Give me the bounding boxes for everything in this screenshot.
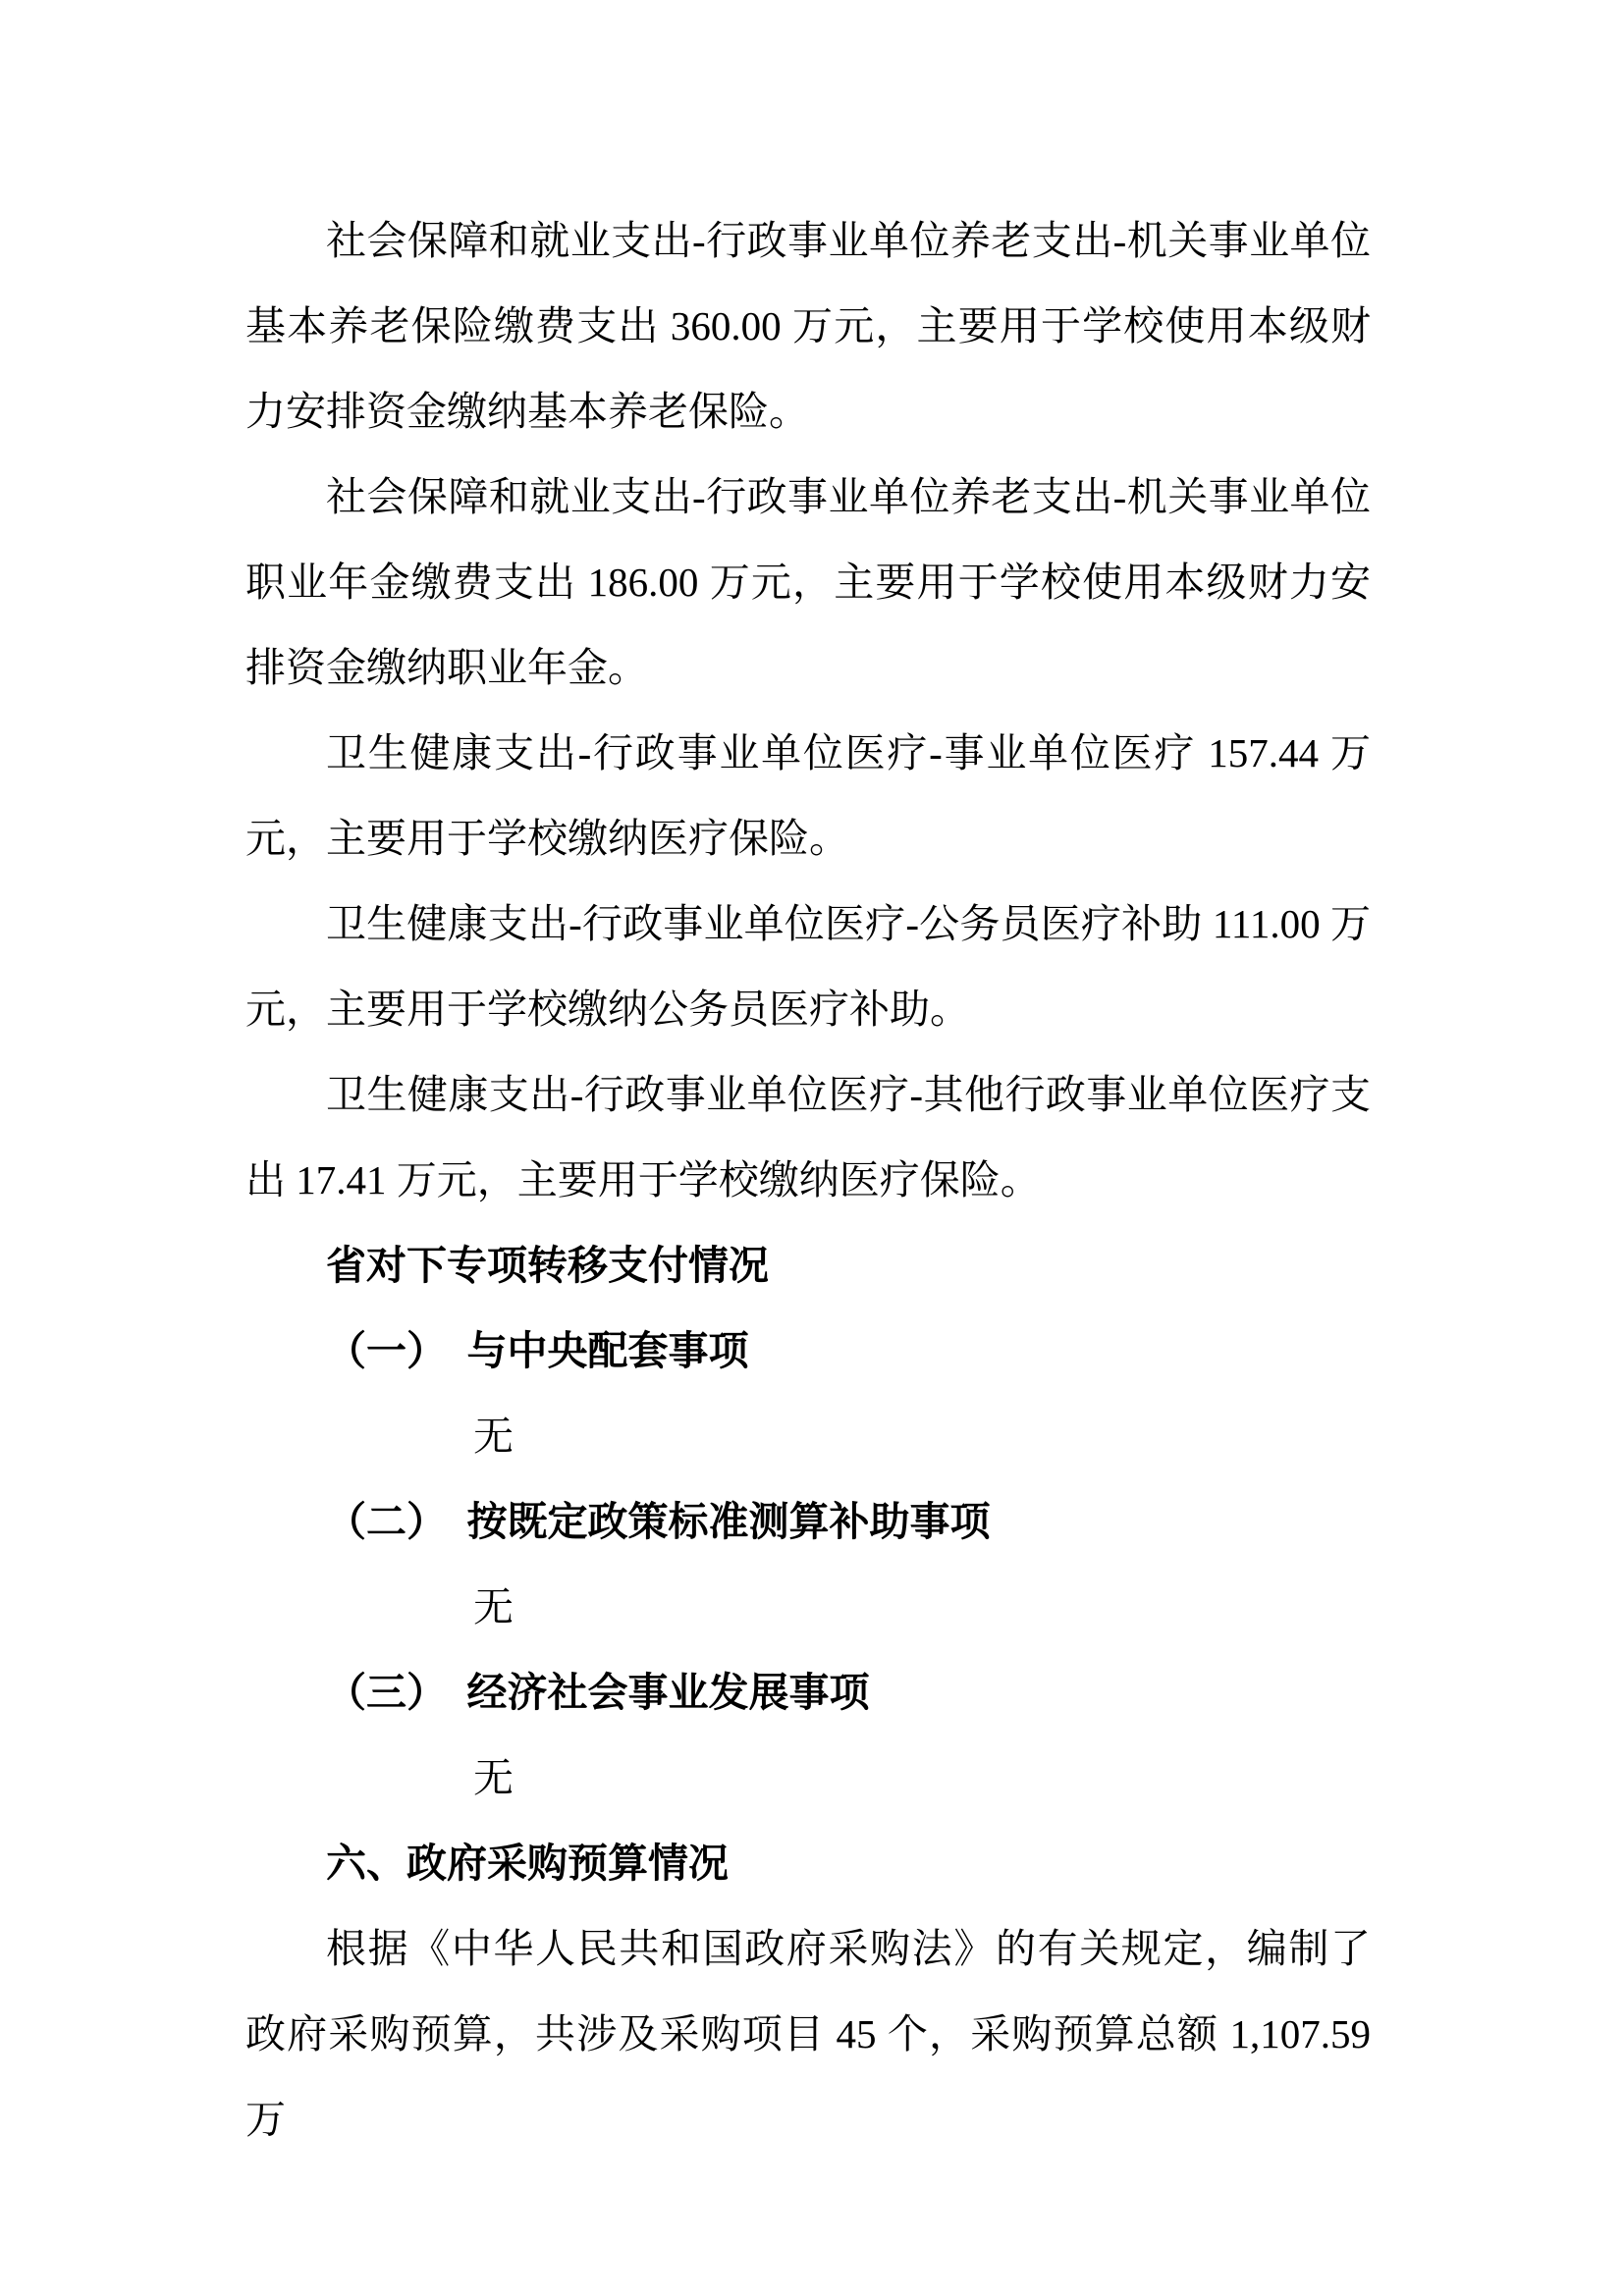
heading-item-policy-standard: （二） 按既定政策标准测算补助事项 bbox=[245, 1479, 1371, 1565]
heading-item-central-matching: （一） 与中央配套事项 bbox=[245, 1308, 1371, 1394]
heading-item-economic-social: （三） 经济社会事业发展事项 bbox=[245, 1650, 1371, 1735]
paragraph-medical-other: 卫生健康支出-行政事业单位医疗-其他行政事业单位医疗支出 17.41 万元，主要… bbox=[245, 1052, 1371, 1223]
document-content: 社会保障和就业支出-行政事业单位养老支出-机关事业单位基本养老保险缴费支出 36… bbox=[245, 198, 1371, 2163]
paragraph-procurement-intro: 根据《中华人民共和国政府采购法》的有关规定，编制了政府采购预算，共涉及采购项目 … bbox=[245, 1906, 1371, 2163]
paragraph-medical-civil-servant: 卫生健康支出-行政事业单位医疗-公务员医疗补助 111.00 万元，主要用于学校… bbox=[245, 881, 1371, 1052]
paragraph-medical-institution: 卫生健康支出-行政事业单位医疗-事业单位医疗 157.44 万元，主要用于学校缴… bbox=[245, 711, 1371, 881]
document-page: 社会保障和就业支出-行政事业单位养老支出-机关事业单位基本养老保险缴费支出 36… bbox=[0, 0, 1624, 2296]
paragraph-pension-basic: 社会保障和就业支出-行政事业单位养老支出-机关事业单位基本养老保险缴费支出 36… bbox=[245, 198, 1371, 454]
paragraph-pension-annuity: 社会保障和就业支出-行政事业单位养老支出-机关事业单位职业年金缴费支出 186.… bbox=[245, 454, 1371, 711]
none-text-1: 无 bbox=[245, 1394, 1371, 1479]
none-text-2: 无 bbox=[245, 1565, 1371, 1650]
heading-gov-procurement: 六、政府采购预算情况 bbox=[245, 1821, 1371, 1906]
heading-provincial-transfer: 省对下专项转移支付情况 bbox=[245, 1223, 1371, 1308]
none-text-3: 无 bbox=[245, 1735, 1371, 1821]
